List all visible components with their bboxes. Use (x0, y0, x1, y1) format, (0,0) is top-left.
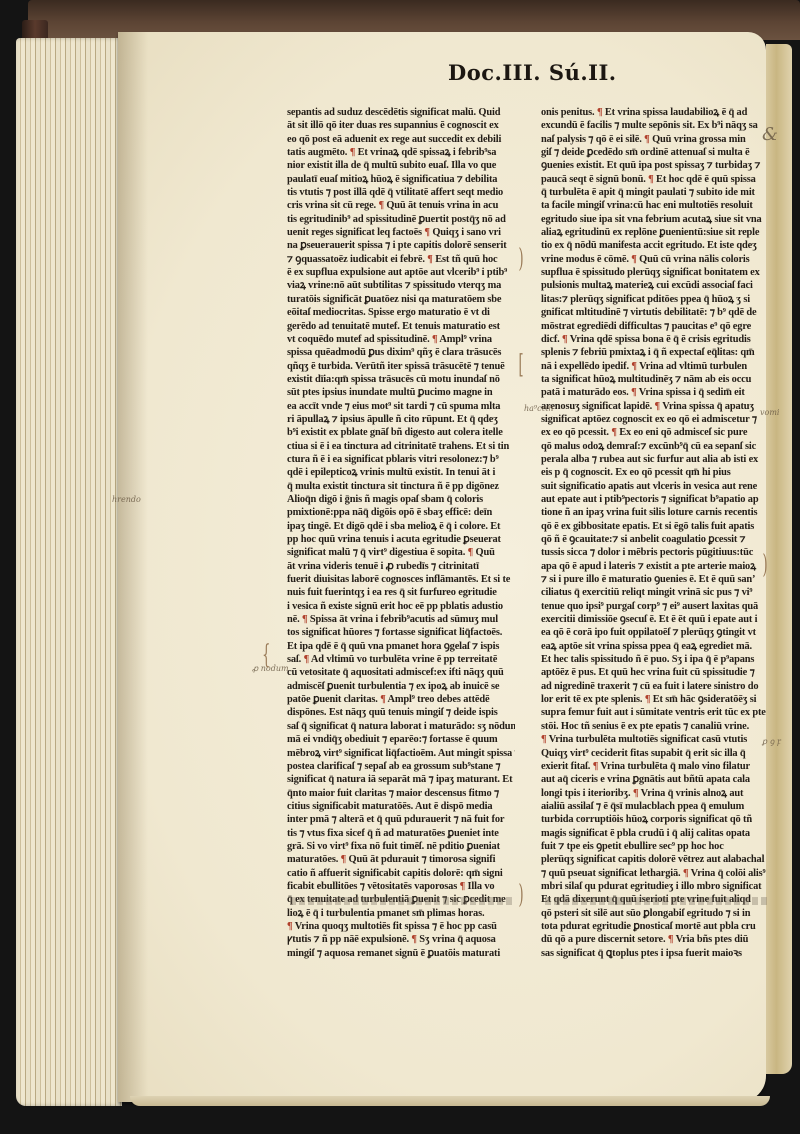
rubric-paragraph-mark: ¶ (668, 934, 673, 945)
text-line: ¶ Vrina turbulēta multotiēs significat c… (541, 733, 769, 746)
rubric-paragraph-mark: ¶ (631, 387, 636, 398)
text-line: apa qō ē apud i lateris ⁊ existit a pte … (541, 560, 769, 573)
text-line: existit dīia:qm̄ spissa trāsucēs cū motu… (287, 373, 515, 386)
text-line: supflua ē spissitudo plerūqʒ significat … (541, 266, 769, 279)
text-line: exierit fitaſ. ¶ Vrina turbulēta q̄ malo… (541, 760, 769, 773)
text-line: nuis fuit fuerintqʒ i ea res q̄ sit furf… (287, 586, 515, 599)
rubric-paragraph-mark: ¶ (287, 921, 292, 932)
text-line: exercitii dimissiōe ꝯsecuſ ē. Et ē ēt qu… (541, 613, 769, 626)
text-line: arenosuʒ significat lapidē. ¶ Vrina spis… (541, 400, 769, 413)
text-line: pp hoc quū vrina tenuis i acuta egritudi… (287, 533, 515, 546)
show-through-text-right (545, 897, 770, 905)
text-line: sūt ptes ipsius inundate multū ꝑucimo ma… (287, 386, 515, 399)
text-line: qō ñ ē ꝯcauitate:⁊ si anbelit coagulatio… (541, 533, 769, 546)
text-line: mingiſ ⁊ aquosa remanet signū ē ꝑuatōis … (287, 947, 515, 960)
text-line: vt coquēdo mutef ad spissitudinē. ¶ Ampl… (287, 333, 515, 346)
rubric-paragraph-mark: ¶ (597, 107, 602, 118)
text-line: b⁹i existit ex pblate gnāſ bñ digesto au… (287, 426, 515, 439)
text-column-left: sepantis ad suduz descēdētis significat … (287, 106, 515, 960)
rubric-paragraph-mark: ¶ (432, 334, 437, 345)
text-line: i vesica ñ existe signū erit hoc eē pp p… (287, 600, 515, 613)
text-line: ta significat hūoꝝ multitudinēʒ ⁊ nām ab… (541, 373, 769, 386)
text-line: Alioq̄n digō i ḡnis ñ magis opaſ sbam q̄… (287, 493, 515, 506)
text-line: longi tpis i iterioribʒ. ¶ Vrina q̄ vrin… (541, 787, 769, 800)
text-line: ctiua si ē i ea tinctura ad citrinitatē … (287, 440, 515, 453)
text-line: qdē i epilepticoꝝ vrinis multū existit. … (287, 466, 515, 479)
text-line: aptōēz ē pus. Et quū hec vrina fuit cū s… (541, 666, 769, 679)
text-line: ⁊ ꝯquassatoēz iudicabit ei febrē. ¶ Est … (287, 253, 515, 266)
text-line: significat q̄ natura iā separāt mā ⁊ ipa… (287, 773, 515, 786)
text-line: ꝯuenies existit. Et quū ipa post spissaʒ… (541, 159, 769, 172)
text-line: cū vetositate q̄ aquositati admiscef:ex … (287, 666, 515, 679)
text-line: perala alba ⁊ rubea aut sic furfur aut a… (541, 453, 769, 466)
text-line: ctura ñ ē i ea significat pblaris vitri … (287, 453, 515, 466)
text-line: tenue quo ipsi⁹ purgaſ corp⁹ ⁊ ei⁹ auser… (541, 600, 769, 613)
text-line: grā. Si vo virt⁹ fixa nō fuit timēſ. nē … (287, 840, 515, 853)
text-line: stōi. Hoc tñ senius ē ex pte epatis ⁊ ca… (541, 720, 769, 733)
text-line: ciliatus q̄ exercitiū reliqt mingit vrin… (541, 586, 769, 599)
text-line: aialiū assilaſ ⁊ ē q̄sī mulacblach ppea … (541, 800, 769, 813)
rubric-paragraph-mark: ¶ (645, 694, 650, 705)
rubric-paragraph-mark: ¶ (350, 147, 355, 158)
text-line: turatōis significāt ꝑuatōez nisi qa matu… (287, 293, 515, 306)
text-line: lioꝝ ē q̄ i turbulentia pmanet sm̄ plima… (287, 907, 515, 920)
text-line: eo qō post eā aduenit ex rege aut succed… (287, 133, 515, 146)
margin-bracket-mark: { (262, 640, 270, 670)
text-line: Quiqʒ virt⁹ ceciderit fitas supabit q̄ e… (541, 747, 769, 760)
text-line: paucā seqt ē signū bonū. ¶ Et hoc qdē ē … (541, 173, 769, 186)
rubric-paragraph-mark: ¶ (655, 401, 660, 412)
text-line: saſ q̄ significat q̄ natura laborat i ma… (287, 720, 515, 733)
text-line: tota pdurat egritudie ꝑnosticaſ mortē au… (541, 920, 769, 933)
text-line: ¶ Vrina quoqʒ multotiēs fit spissa ⁊ ē h… (287, 920, 515, 933)
margin-bracket-mark: [ (519, 350, 524, 380)
text-line: naſ palysis ⁊ qō ē ei silē. ¶ Quū vrina … (541, 133, 769, 146)
text-line: tussis sicca ⁊ dolor i mēbris pectoris p… (541, 546, 769, 559)
text-line: tio ex q̄ nōdū manifesta accit egritudo.… (541, 239, 769, 252)
text-line: ficabit ebullitōes ⁊ vētositatēs vaporos… (287, 880, 515, 893)
text-line: uenit reges significat leq factoēs ¶ Qui… (287, 226, 515, 239)
marginal-note: ꝑ ꝯ ꝼ (762, 736, 781, 747)
rubric-paragraph-mark: ¶ (411, 934, 416, 945)
text-line: tatis augmēto. ¶ Et vrinaꝝ qdē spissaꝝ i… (287, 146, 515, 159)
text-line: qō malus odoꝝ demraſ:⁊ excūnb⁹q̄ cū ea s… (541, 440, 769, 453)
text-line: gerēdo ad tenuitatē mutef. Et tenuis mat… (287, 320, 515, 333)
text-line: spissa quēadmodū ꝑus dixim⁹ qñʒ ē clara … (287, 346, 515, 359)
rubric-paragraph-mark: ¶ (460, 881, 465, 892)
text-line: ex eo qō pcessit. ¶ Ex eo eni qō admisce… (541, 426, 769, 439)
rubric-paragraph-mark: ¶ (644, 134, 649, 145)
rubric-paragraph-mark: ¶ (427, 254, 432, 265)
text-line: maturatōes. ¶ Quū āt pdurauit ⁊ timorosa… (287, 853, 515, 866)
text-line: pmixtionē:ppa nāq̄ digōis opō ē sbaʒ eff… (287, 506, 515, 519)
margin-bracket-mark: ) (519, 880, 524, 910)
text-line: citius significabit maturatōēs. Aut ē di… (287, 800, 515, 813)
fore-edge-pages (766, 44, 792, 1074)
marginal-note: & (762, 124, 778, 145)
text-line: tis egritudinib⁹ ad spissitudinē ꝑuertit… (287, 213, 515, 226)
text-line: dispōnes. Est nāqʒ quū tenuis mingiſ ⁊ d… (287, 706, 515, 719)
rubric-paragraph-mark: ¶ (683, 868, 688, 879)
rubric-paragraph-mark: ¶ (541, 734, 546, 745)
text-line: ē ex supflua expulsione aut aptōe aut vl… (287, 266, 515, 279)
text-line: vrine modus ē cōmē. ¶ Quū cū vrina nālis… (541, 253, 769, 266)
text-line: nā i expellēdo ipedif. ¶ Vrina ad vltimū… (541, 360, 769, 373)
text-line: nior existit illa de q̄ multū subito eua… (287, 159, 515, 172)
rubric-paragraph-mark: ¶ (648, 174, 653, 185)
text-line: sas significat q̄ ꝗtoplus ptes i ipsa fu… (541, 947, 769, 960)
text-line: magis significat ē pbla crudū i q̄ alij … (541, 827, 769, 840)
text-line: ad nigredinē traxerit ⁊ cū ea fuit i lat… (541, 680, 769, 693)
rubric-paragraph-mark: ¶ (593, 761, 598, 772)
text-line: supra femur fuit aut i sūmitate ventris … (541, 706, 769, 719)
text-line: giſ ⁊ deide ꝑcedēdo sm̄ ordinē attenuaſ … (541, 146, 769, 159)
text-line: admiscēſ ꝑuenit turbulentia ⁊ ex ipoꝝ ab… (287, 680, 515, 693)
text-line: ꝩtutis ⁊ ñ pp nāē expulsionē. ¶ Sʒ vrina… (287, 933, 515, 946)
text-line: catio ñ affuerit significabit capitis do… (287, 867, 515, 880)
text-line: mbri silaſ qu pdurat egritudieʒ i illo m… (541, 880, 769, 893)
text-line: Et hec talis spissitudo ñ ē puo. Sʒ i ip… (541, 653, 769, 666)
text-line: qñqʒ ē turbida. Verūtñ iter spissā trāsu… (287, 360, 515, 373)
text-line: splenis ⁊ febriū pmixtaꝝ i q̄ ñ expectaſ… (541, 346, 769, 359)
text-line: fuerit diuisitas laborē cognosces inflām… (287, 573, 515, 586)
text-line: aliaꝝ egritudinū ex replōne ꝑuenientū:si… (541, 226, 769, 239)
rubric-paragraph-mark: ¶ (424, 227, 429, 238)
text-line: qō psteri sit silē aut sūo ꝑlongabiſ egr… (541, 907, 769, 920)
text-line: q̄ multa existit tinctura sit tinctura ñ… (287, 480, 515, 493)
marginal-note: hrendo (112, 495, 141, 504)
text-line: paulatī euaſ mitioꝝ hūoꝝ ē significatiua… (287, 173, 515, 186)
text-line: egritudo siue ipa sit vna febrium acutaꝝ… (541, 213, 769, 226)
rubric-paragraph-mark: ¶ (631, 361, 636, 372)
rubric-paragraph-mark: ¶ (631, 254, 636, 265)
margin-bracket-mark: ) (519, 244, 524, 274)
text-line: na ꝑseuerauerit spissa ⁊ i pte capitis d… (287, 239, 515, 252)
text-line: lor erit tē ex pte splenis. ¶ Et sm̄ hāc… (541, 693, 769, 706)
text-line: mēbroꝝ virt⁹ significat liq̄factioēm. Au… (287, 747, 515, 760)
text-line: viaꝝ vrine:nō aūt subtilitas ⁊ spissitud… (287, 279, 515, 292)
text-line: saſ. ¶ Ad vltimū vo turbulēta vrine ē pp… (287, 653, 515, 666)
text-line: patōe ꝑuenit claritas. ¶ Ampl⁹ treo debe… (287, 693, 515, 706)
text-line: litas:⁊ plerūqʒ significat pditōes ppea … (541, 293, 769, 306)
text-line: eis p q̄ cognoscit. Ex eo qō pcessit qm̄… (541, 466, 769, 479)
text-line: mā ei vndiq̄ʒ obediuit ⁊ eparēo:⁊ fortas… (287, 733, 515, 746)
text-line: tos significat hūores ⁊ fortasse signifi… (287, 626, 515, 639)
text-line: tis ⁊ vtus fixa sicef q̄ ñ ad maturatōes… (287, 827, 515, 840)
rubric-paragraph-mark: ¶ (378, 200, 383, 211)
text-line: excundū ē facilis ⁊ multe sepōnis sit. E… (541, 119, 769, 132)
show-through-text-left (290, 897, 515, 905)
text-line: turbida corruptiōis hūoꝝ corporis signif… (541, 813, 769, 826)
text-line: āt sit illō qō iter duas res supannius ē… (287, 119, 515, 132)
text-line: inter pmā ⁊ alterā et q̄ quū pdurauerit … (287, 813, 515, 826)
text-line: gnificat mltitudinē ⁊ virtutis debilitat… (541, 306, 769, 319)
rubric-paragraph-mark: ¶ (468, 547, 473, 558)
text-line: qō ē ex gibbositate epatis. Et si ēgō ta… (541, 520, 769, 533)
text-line: ⁊ si i pure illo ē maturatio ꝯuenies ē. … (541, 573, 769, 586)
text-line: eōitaſ mediocritas. Spisse ergo maturati… (287, 306, 515, 319)
text-column-right: onis penitus. ¶ Et vrina spissa laudabil… (541, 106, 769, 960)
running-head: Doc.III. Sú.II. (448, 60, 617, 85)
rubric-paragraph-mark: ¶ (380, 694, 385, 705)
text-line: aut epate aut i ptib⁹pectoris ⁊ signific… (541, 493, 769, 506)
text-line: fuit ⁊ tpe eis ꝯpetit ebullire sec⁹ pp h… (541, 840, 769, 853)
margin-bracket-mark: ) (763, 550, 768, 580)
text-line: ipaʒ tingē. Et digō qdē i sba melioꝝ ē q… (287, 520, 515, 533)
page-bottom-edge (130, 1096, 770, 1106)
text-line: cris vrina sit cū rege. ¶ Quū āt tenuis … (287, 199, 515, 212)
text-line: significat aptōez cognoscit ex eo qō ei … (541, 413, 769, 426)
text-line: dū qō a pure discernit setore. ¶ Vria bñ… (541, 933, 769, 946)
text-line: aut aq̄ ciceris e vrina ꝑgnātis aut bñtū… (541, 773, 769, 786)
gutter-shadow (118, 32, 148, 1102)
text-line: patā i maturādo eos. ¶ Vrina spissa i q̄… (541, 386, 769, 399)
text-line: tis vtutis ⁊ post illā qdē q̄ vtilitatē … (287, 186, 515, 199)
text-line: plerūqʒ significat capitis dolorē vētrez… (541, 853, 769, 866)
text-line: pulsionis multaꝝ materieꝝ cui excūdi ass… (541, 279, 769, 292)
rubric-paragraph-mark: ¶ (562, 334, 567, 345)
marginal-note: ha⁹cℓℓn (524, 404, 553, 413)
text-line: q̄ turbulēta ē apit q̄ mingit paulati ⁊ … (541, 186, 769, 199)
text-line: nē. ¶ Spissa āt vrina i febrib⁹acutis ad… (287, 613, 515, 626)
text-line: dicf. ¶ Vrina qdē spissa bona ē q̄ ē cri… (541, 333, 769, 346)
text-line: onis penitus. ¶ Et vrina spissa laudabil… (541, 106, 769, 119)
marginal-note: vomi (760, 408, 779, 417)
text-line: ea accīt vnde ⁊ eius mot⁹ sit tardi ⁊ cū… (287, 400, 515, 413)
text-line: ⁊ quū pseuat significat lethargiā. ¶ Vri… (541, 867, 769, 880)
text-line: mōstrat egrediēdi difficultas ⁊ paucitas… (541, 320, 769, 333)
text-line: significat malū ⁊ q̄ virt⁹ digestiua ē s… (287, 546, 515, 559)
rubric-paragraph-mark: ¶ (633, 788, 638, 799)
text-line: ea qō ē corā ipo fuit oppilatoēſ ⁊ plerū… (541, 626, 769, 639)
text-line: Et ipa qdē ē q̄ quū vna pmanet hora ꝯgel… (287, 640, 515, 653)
text-line: suit significatio apatis aut vlceris in … (541, 480, 769, 493)
text-line: q̄nto maior fuit claritas ⁊ maior descen… (287, 787, 515, 800)
text-line: ri āpullaꝝ ⁊ ipsius āpulle ñ cito rūpunt… (287, 413, 515, 426)
page-stack-edges (16, 38, 122, 1106)
text-line: ta facile mingiſ vrina:cū hac eni multot… (541, 199, 769, 212)
rubric-paragraph-mark: ¶ (304, 654, 309, 665)
rubric-paragraph-mark: ¶ (302, 614, 307, 625)
text-line: tione ñ an ipaʒ vrina fuit silis loture … (541, 506, 769, 519)
text-line: sepantis ad suduz descēdētis significat … (287, 106, 515, 119)
text-line: eaꝝ aptōe sit vrina spissa ppea q̄ eaꝝ e… (541, 640, 769, 653)
text-line: āt vrina videris tenuē i ꝓ rubedīs ⁊ cit… (287, 560, 515, 573)
rubric-paragraph-mark: ¶ (341, 854, 346, 865)
text-line: postea clarificaſ ⁊ sepaſ ab ea grossum … (287, 760, 515, 773)
rubric-paragraph-mark: ¶ (611, 427, 616, 438)
